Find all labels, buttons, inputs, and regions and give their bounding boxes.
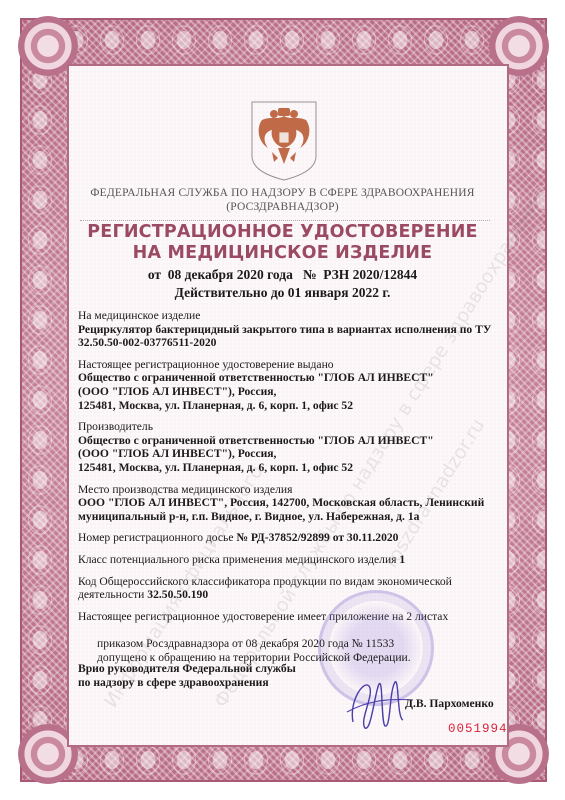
- risk-section: Класс потенциального риска применения ме…: [78, 553, 498, 567]
- device-name: Рециркулятор бактерицидный закрытого тип…: [78, 323, 491, 350]
- title-line: НА МЕДИЦИНСКОЕ ИЗДЕЛИЕ: [60, 243, 505, 264]
- issued-address: 125481, Москва, ул. Планерная, д. 6, кор…: [78, 399, 353, 412]
- risk-label: Класс потенциального риска применения ме…: [78, 553, 399, 566]
- manufacturer-section: Производитель Общество с ограниченной от…: [78, 420, 498, 474]
- manufacturer-label: Производитель: [78, 420, 153, 433]
- signatory-title-line: Врио руководителя Федеральной службы: [78, 662, 296, 676]
- registration-date-number: от 08 декабря 2020 года № РЗН 2020/12844: [60, 266, 505, 284]
- divider: [80, 220, 490, 221]
- issued-org: Общество с ограниченной ответственностью…: [78, 371, 434, 384]
- signatory-name: Д.В. Пархоменко: [405, 697, 494, 710]
- registration-info: от 08 декабря 2020 года № РЗН 2020/12844…: [60, 266, 505, 302]
- manufacturer-address: 125481, Москва, ул. Планерная, д. 6, кор…: [78, 461, 353, 474]
- agency-abbr: (РОСЗДРАВНАДЗОР): [60, 200, 505, 214]
- coat-of-arms-icon: [248, 98, 320, 182]
- title-line: РЕГИСТРАЦИОННОЕ УДОСТОВЕРЕНИЕ: [60, 222, 505, 243]
- issued-org-short: (ООО "ГЛОБ АЛ ИНВЕСТ"), Россия,: [78, 385, 276, 398]
- agency-name: ФЕДЕРАЛЬНАЯ СЛУЖБА ПО НАДЗОРУ В СФЕРЕ ЗД…: [60, 186, 505, 214]
- issued-label: Настоящее регистрационное удостоверение …: [78, 358, 334, 371]
- dossier-section: Номер регистрационного досье № РД-37852/…: [78, 531, 498, 545]
- document-title: РЕГИСТРАЦИОННОЕ УДОСТОВЕРЕНИЕ НА МЕДИЦИН…: [60, 222, 505, 264]
- device-label: На медицинское изделие: [78, 309, 200, 322]
- serial-number: 0051994: [448, 722, 508, 736]
- validity: Действительно до 01 января 2022 г.: [60, 284, 505, 302]
- agency-line: ФЕДЕРАЛЬНАЯ СЛУЖБА ПО НАДЗОРУ В СФЕРЕ ЗД…: [60, 186, 505, 200]
- manufacturer-org-short: (ООО "ГЛОБ АЛ ИНВЕСТ"), Россия,: [78, 447, 276, 460]
